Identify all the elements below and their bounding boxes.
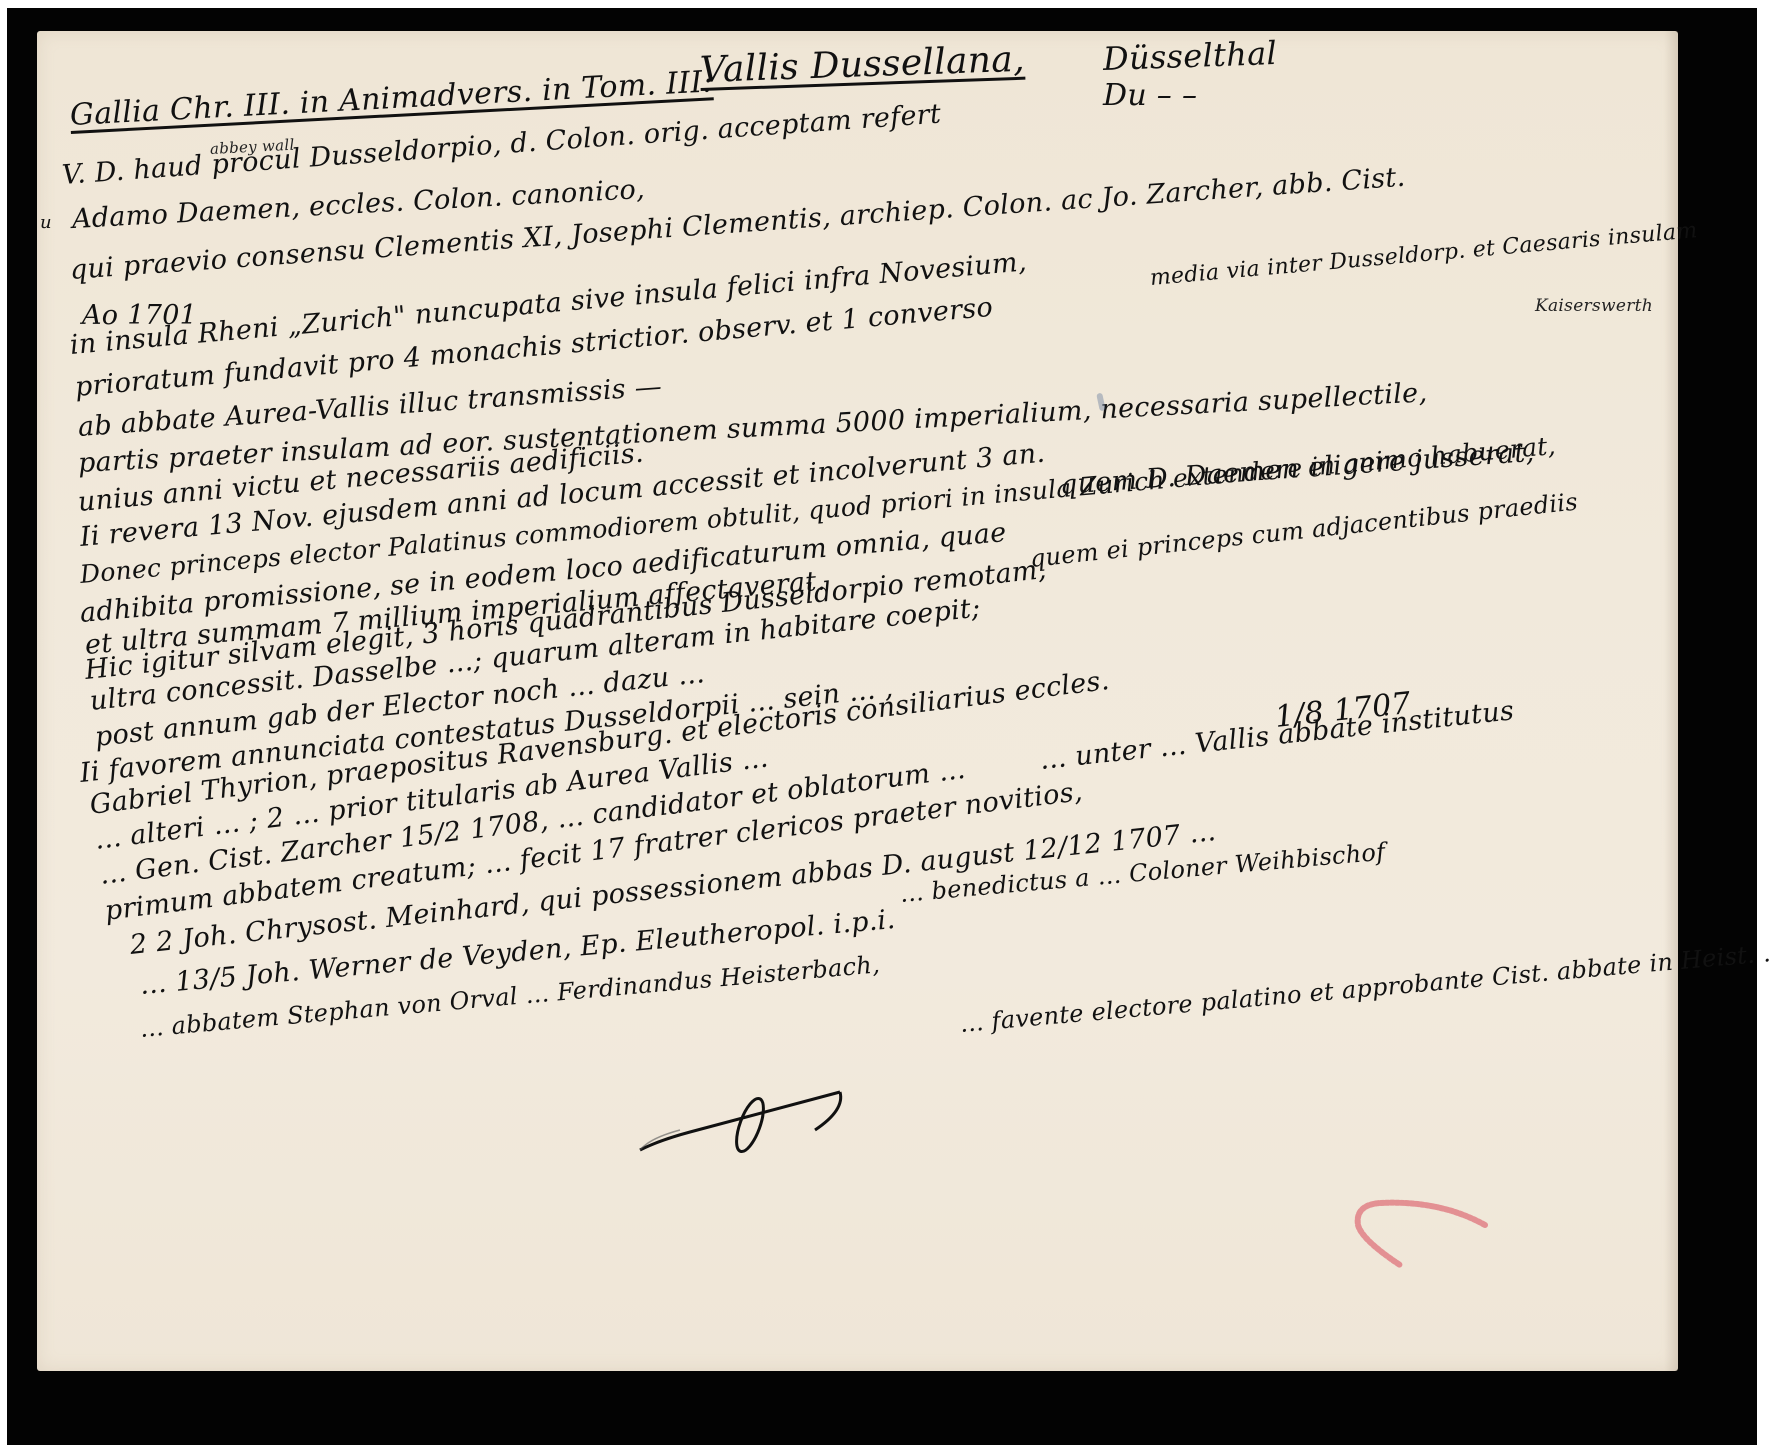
red-crayon-icon	[1340, 1195, 1490, 1285]
red-stamp-mark	[1340, 1195, 1490, 1289]
margin-mark: u	[40, 212, 52, 233]
paraph-icon	[630, 1070, 850, 1180]
page-title-german: Düsselthal	[1102, 34, 1277, 78]
page-title-german-sub: Du – –	[1103, 78, 1197, 113]
text-line-4-note-sub: Kaiserswerth	[1535, 296, 1653, 316]
signature-flourish	[630, 1070, 850, 1184]
